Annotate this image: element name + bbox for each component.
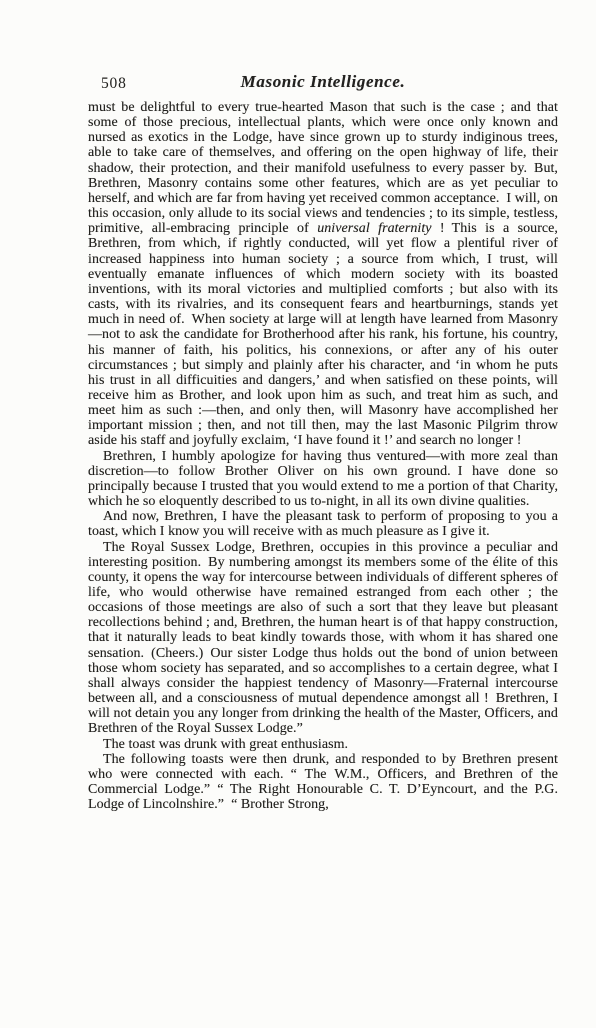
paragraph: The Royal Sussex Lodge, Brethren, occupi… <box>88 540 558 737</box>
paragraph: Brethren, I humbly apologize for having … <box>88 449 558 510</box>
running-title: Masonic Intelligence. <box>88 72 558 92</box>
paragraph: The following toasts were then drunk, an… <box>88 752 558 813</box>
page-header: 508 Masonic Intelligence. <box>88 72 558 96</box>
book-page: 508 Masonic Intelligence. must be deligh… <box>0 0 596 1028</box>
page-number: 508 <box>101 75 127 93</box>
text-segment: Brethren, I humbly apologize for having … <box>88 449 558 509</box>
text-segment: The Royal Sussex Lodge, Brethren, occupi… <box>88 540 558 737</box>
italic-phrase: universal fraternity <box>317 221 431 236</box>
paragraph: must be delightful to every true-hearted… <box>88 100 558 449</box>
paragraph: And now, Brethren, I have the pleasant t… <box>88 509 558 539</box>
paragraph: The toast was drunk with great enthusias… <box>88 737 558 752</box>
text-segment: And now, Brethren, I have the pleasant t… <box>88 509 558 539</box>
text-segment: must be delightful to every true-hearted… <box>88 100 558 236</box>
text-segment: The toast was drunk with great enthusias… <box>103 737 348 752</box>
page-body: must be delightful to every true-hearted… <box>88 100 558 812</box>
text-segment: ! This is a source, Brethren, from which… <box>88 221 558 448</box>
text-segment: The following toasts were then drunk, an… <box>88 752 558 812</box>
